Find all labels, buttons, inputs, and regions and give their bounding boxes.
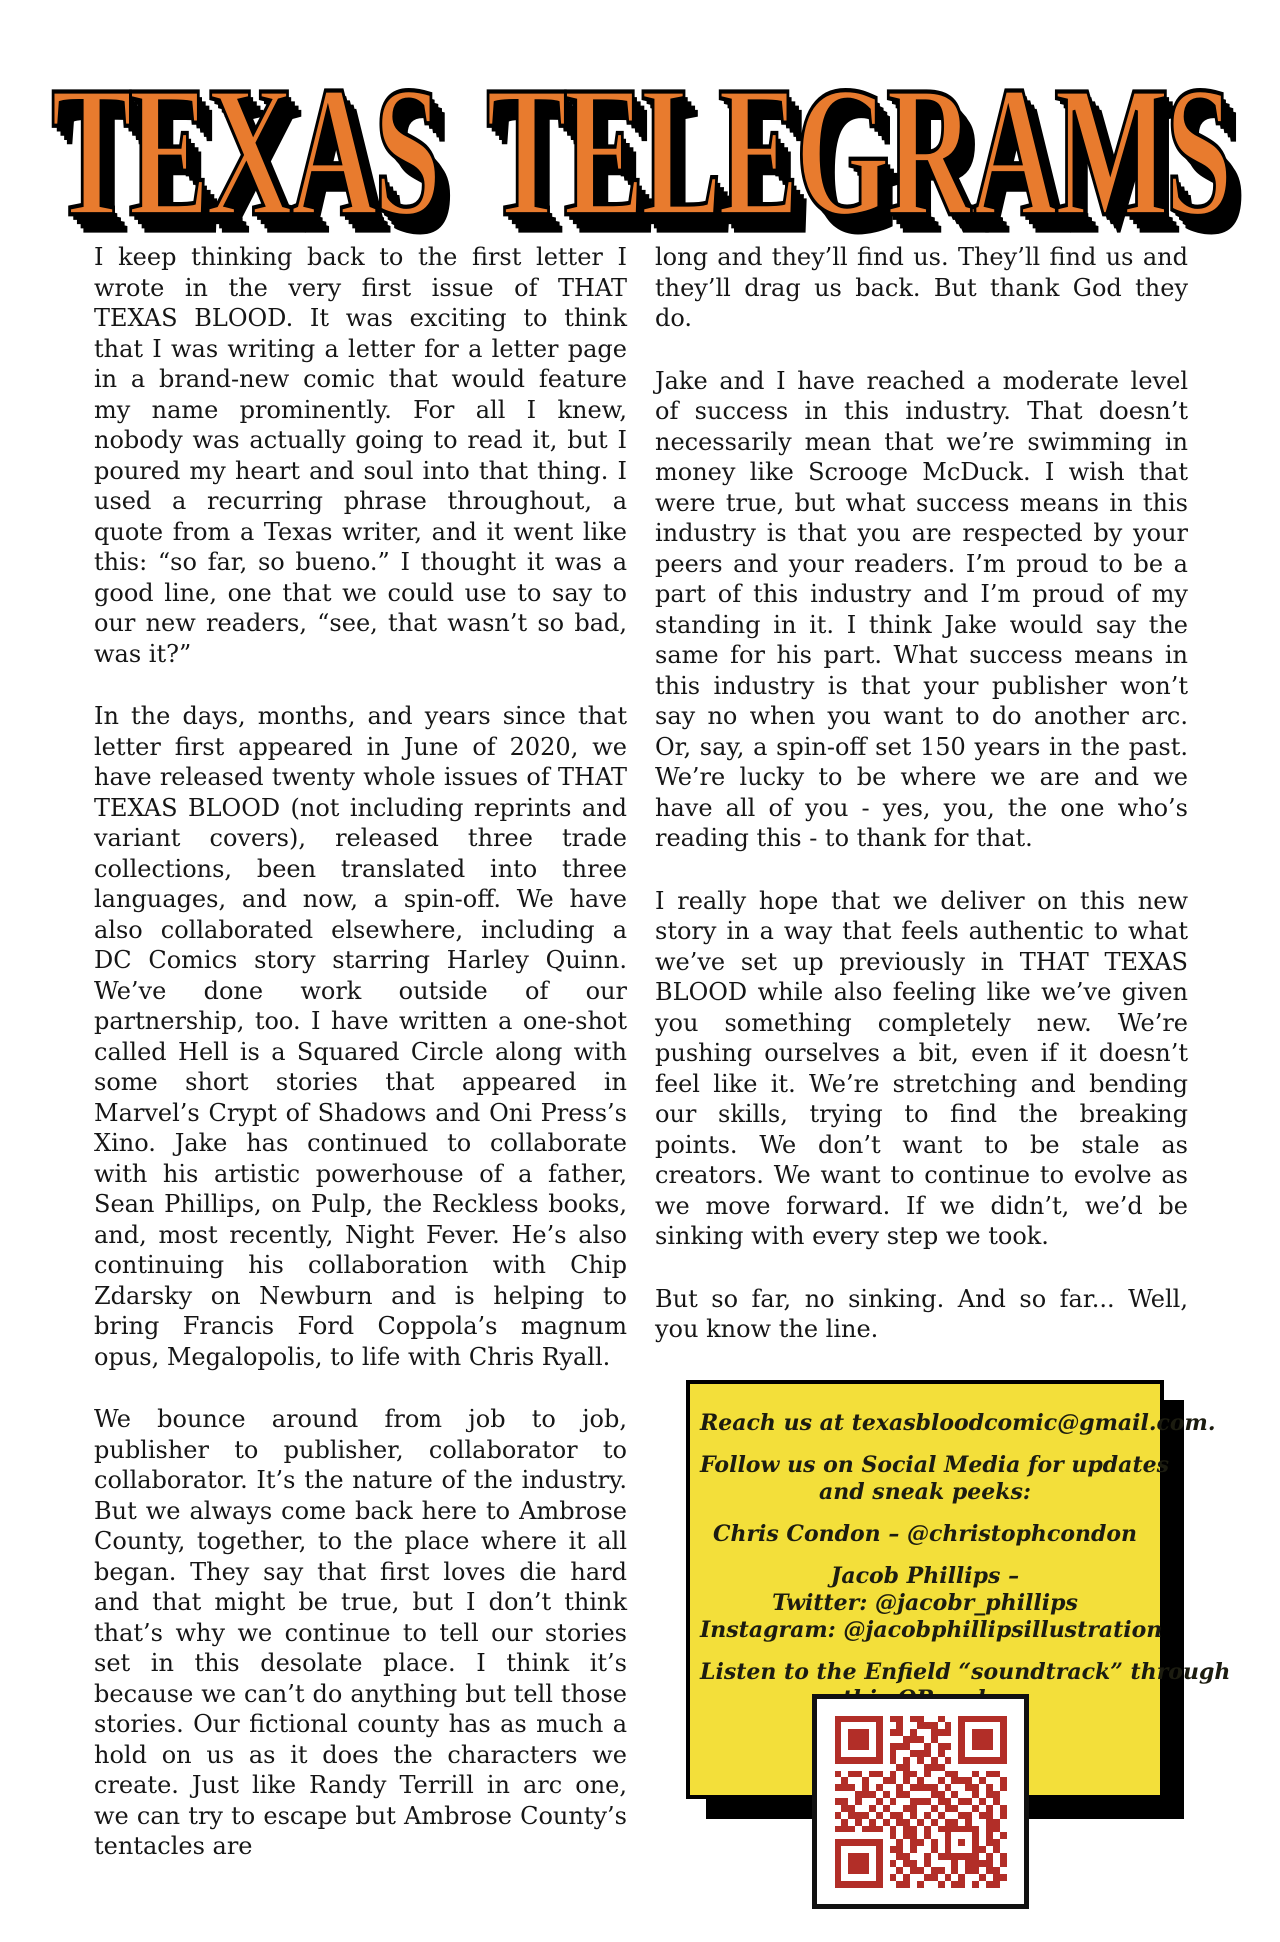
contact-social-intro: Follow us on Social Media for updates an… bbox=[700, 1452, 1150, 1506]
contact-chris-line: Chris Condon – @christophcondon bbox=[700, 1521, 1150, 1548]
contact-chris-handle: Chris Condon – @christophcondon bbox=[700, 1521, 1150, 1548]
paragraph: I really hope that we deliver on this ne… bbox=[655, 886, 1188, 1252]
letters-page: TEXAS TELEGRAMS I keep thinking back to … bbox=[0, 0, 1280, 1942]
letter-column-right: long and they’ll find us. They’ll find u… bbox=[655, 242, 1188, 1377]
contact-social-intro-line: Follow us on Social Media for updates bbox=[700, 1452, 1150, 1479]
contact-qr-caption-line: Listen to the Enfield “soundtrack” throu… bbox=[700, 1659, 1150, 1686]
qr-code-frame bbox=[812, 1694, 1029, 1909]
paragraph: But so far, no sinking. And so far... We… bbox=[655, 1284, 1188, 1345]
paragraph: long and they’ll find us. They’ll find u… bbox=[655, 242, 1188, 334]
contact-jacob-line: Twitter: @jacobr_phillips bbox=[700, 1590, 1150, 1617]
contact-jacob-line: Instagram: @jacobphillipsillustration bbox=[700, 1617, 1150, 1644]
qr-code bbox=[835, 1716, 1007, 1888]
paragraph: In the days, months, and years since tha… bbox=[94, 701, 627, 1372]
contact-jacob-line: Jacob Phillips – bbox=[700, 1563, 1150, 1590]
letter-column-left: I keep thinking back to the first letter… bbox=[94, 242, 627, 1894]
contact-jacob-handles: Jacob Phillips – Twitter: @jacobr_philli… bbox=[700, 1563, 1150, 1644]
page-title-banner: TEXAS TELEGRAMS bbox=[0, 0, 1280, 235]
paragraph: Jake and I have reached a moderate level… bbox=[655, 366, 1188, 854]
page-title: TEXAS TELEGRAMS bbox=[51, 58, 1229, 245]
paragraph: I keep thinking back to the first letter… bbox=[94, 242, 627, 669]
paragraph: We bounce around from job to job, publis… bbox=[94, 1404, 627, 1862]
contact-email: Reach us at texasbloodcomic@gmail.com. bbox=[700, 1410, 1150, 1437]
contact-email-line: Reach us at texasbloodcomic@gmail.com. bbox=[700, 1410, 1150, 1437]
contact-social-intro-line: and sneak peeks: bbox=[700, 1479, 1150, 1506]
